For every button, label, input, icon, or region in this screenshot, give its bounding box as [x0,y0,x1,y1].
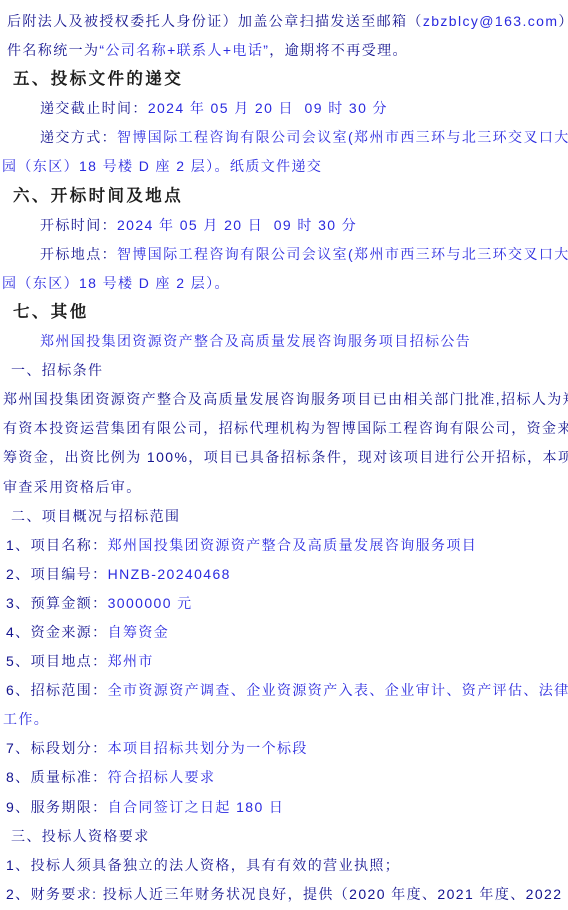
label-text: 3、预算金额： [6,595,108,611]
label-text: 开标时间： [40,217,117,233]
label-text: 审查采用资格后审。 [3,479,142,495]
text-line: 园（东区）18 号楼 D 座 2 层）。 [0,269,568,298]
value-text: 3000000 元 [108,595,193,611]
value-text: 2024 年 05 月 20 日 09 时 30 分 [148,100,388,116]
label-text: 5、项目地点： [6,653,108,669]
heading-text: 六、开标时间及地点 [13,187,183,205]
text-line: 2、财务要求: 投标人近三年财务状况良好，提供（2020 年度、2021 年度、… [0,880,568,909]
label-text: 7、标段划分： [6,740,108,756]
text-line: 5、项目地点：郑州市 [0,647,568,676]
label-text: 一、招标条件 [11,362,103,378]
label-text: 件名称统一为 [7,42,99,58]
text-line: 4、资金来源：自筹资金 [0,618,568,647]
text-line: 件名称统一为“公司名称+联系人+电话”，逾期将不再受理。 [0,36,568,65]
value-text: 智博国际工程咨询有限公司会议室(郑州市西三环与北三环交叉口大学科技 [117,246,568,262]
section-heading: 五、投标文件的递交 [0,65,568,94]
value-text: zbzblcy@163.com [423,13,559,29]
text-line: 6、招标范围：全市资源资产调查、企业资源资产入表、企业审计、资产评估、法律意见等 [0,676,568,705]
value-text: 自筹资金 [108,624,170,640]
text-line: 一、招标条件 [0,356,568,385]
label-text: 8、质量标准： [6,769,108,785]
text-line: 有资本投资运营集团有限公司，招标代理机构为智博国际工程咨询有限公司，资金来源为自 [0,414,568,443]
section-heading: 七、其他 [0,298,568,327]
label-text: 郑州国投集团资源资产整合及高质量发展咨询服务项目已由相关部门批准,招标人为郑州国 [3,391,568,407]
label-text: 后附法人及被授权委托人身份证）加盖公章扫描发送至邮箱（ [7,13,423,29]
text-line: 2、项目编号：HNZB-20240468 [0,560,568,589]
text-line: 园（东区）18 号楼 D 座 2 层）。纸质文件递交 [0,152,568,181]
text-line: 递交方式：智博国际工程咨询有限公司会议室(郑州市西三环与北三环交叉口大学科技 [0,123,568,152]
text-line: 郑州国投集团资源资产整合及高质量发展咨询服务项目招标公告 [0,327,568,356]
value-text: 2024 年 05 月 20 日 09 时 30 分 [117,217,357,233]
value-text: 郑州国投集团资源资产整合及高质量发展咨询服务项目 [108,537,478,553]
text-line: 审查采用资格后审。 [0,473,568,502]
text-line: 递交截止时间：2024 年 05 月 20 日 09 时 30 分 [0,94,568,123]
text-line: 开标地点：智博国际工程咨询有限公司会议室(郑州市西三环与北三环交叉口大学科技 [0,240,568,269]
label-text: 6、招标范围： [6,682,108,698]
label-text: 2、财务要求: 投标人近三年财务状况良好，提供（2020 年度、2021 年度、… [6,886,568,902]
text-line: 8、质量标准：符合招标人要求 [0,763,568,792]
label-text: 三、投标人资格要求 [11,828,150,844]
text-line: 9、服务期限：自合同签订之日起 180 日 [0,793,568,822]
value-text: HNZB-20240468 [108,566,231,582]
label-text: 9、服务期限： [6,799,108,815]
value-text: “公司名称+联系人+电话” [99,42,269,58]
value-text: 工作。 [3,711,49,727]
label-text: 4、资金来源： [6,624,108,640]
label-text: ，逾期将不再受理。 [269,42,408,58]
value-text: 全市资源资产调查、企业资源资产入表、企业审计、资产评估、法律意见等 [108,682,568,698]
label-text: 2、项目编号： [6,566,108,582]
value-text: 自合同签订之日起 180 日 [108,799,285,815]
value-text: 符合招标人要求 [108,769,216,785]
text-line: 工作。 [0,705,568,734]
value-text: 智博国际工程咨询有限公司会议室(郑州市西三环与北三环交叉口大学科技 [117,129,568,145]
document-body: 后附法人及被授权委托人身份证）加盖公章扫描发送至邮箱（zbzblcy@163.c… [0,0,568,910]
label-text: 1、项目名称： [6,537,108,553]
value-text: 园（东区）18 号楼 D 座 2 层）。纸质文件递交 [2,158,322,174]
text-line: 三、投标人资格要求 [0,822,568,851]
text-line: 1、项目名称：郑州国投集团资源资产整合及高质量发展咨询服务项目 [0,531,568,560]
heading-text: 七、其他 [13,303,89,321]
label-text: 递交方式： [40,129,117,145]
text-line: 1、投标人须具备独立的法人资格，具有有效的营业执照； [0,851,568,880]
text-line: 后附法人及被授权委托人身份证）加盖公章扫描发送至邮箱（zbzblcy@163.c… [0,7,568,36]
label-text: 1、投标人须具备独立的法人资格，具有有效的营业执照； [6,857,400,873]
text-line: 开标时间：2024 年 05 月 20 日 09 时 30 分 [0,211,568,240]
label-text: 筹资金，出资比例为 100%，项目已具备招标条件，现对该项目进行公开招标，本项目… [3,449,568,465]
label-text: 开标地点： [40,246,117,262]
label-text: 二、项目概况与招标范围 [11,508,180,524]
text-line: 3、预算金额：3000000 元 [0,589,568,618]
value-text: 本项目招标共划分为一个标段 [108,740,308,756]
heading-text: 五、投标文件的递交 [13,70,183,88]
text-line: 二、项目概况与招标范围 [0,502,568,531]
label-text: 递交截止时间： [40,100,148,116]
value-text: 园（东区）18 号楼 D 座 2 层）。 [2,275,230,291]
label-text: 有资本投资运营集团有限公司，招标代理机构为智博国际工程咨询有限公司，资金来源为自 [3,420,568,436]
text-line: 7、标段划分：本项目招标共划分为一个标段 [0,734,568,763]
text-line: 郑州国投集团资源资产整合及高质量发展咨询服务项目已由相关部门批准,招标人为郑州国 [0,385,568,414]
section-heading: 六、开标时间及地点 [0,182,568,211]
label-text: ）即可，邮 [558,13,568,29]
value-text: 郑州市 [108,653,154,669]
text-line: 筹资金，出资比例为 100%，项目已具备招标条件，现对该项目进行公开招标，本项目… [0,443,568,472]
value-text: 郑州国投集团资源资产整合及高质量发展咨询服务项目招标公告 [40,333,471,349]
